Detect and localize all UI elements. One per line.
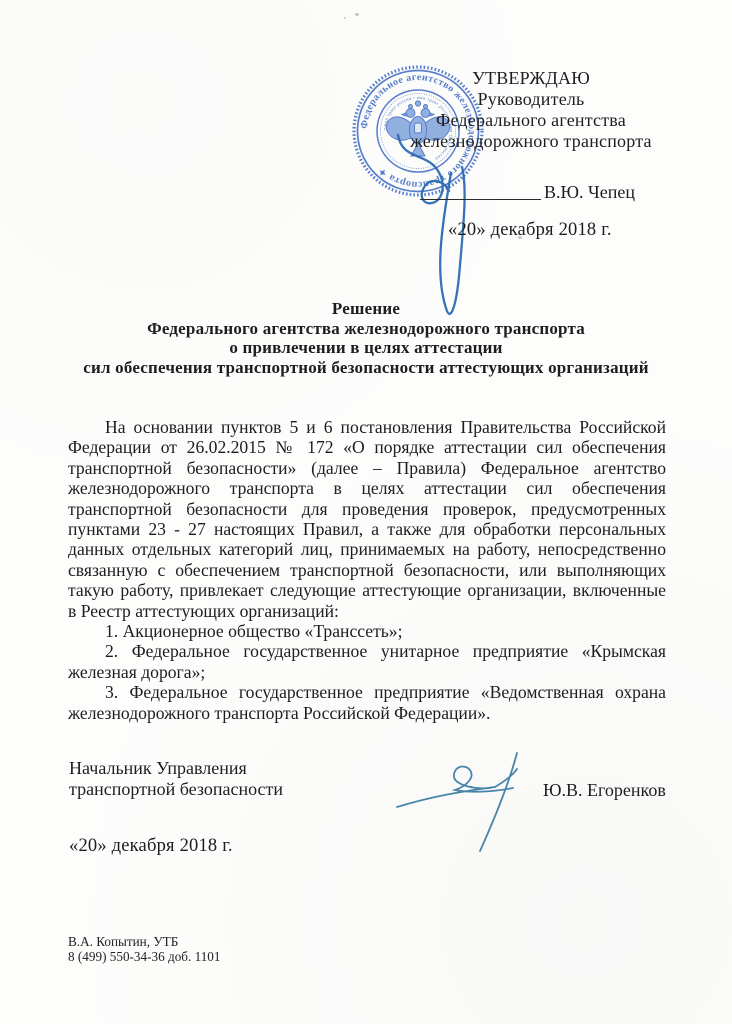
- org-list-item: 3. Федеральное государственное предприят…: [68, 682, 666, 723]
- scanned-document-page: Федеральное агентство железнодорожного т…: [0, 0, 732, 1024]
- egorenkov-pen-signature: [395, 745, 535, 860]
- scan-speck: [355, 13, 359, 16]
- org-list-item: 1. Акционерное общество «Транссеть»;: [68, 621, 666, 641]
- title-line: Решение: [40, 299, 692, 319]
- footer-contact-name: В.А. Копытин, УТБ: [68, 934, 220, 949]
- approver-signature-row: В.Ю. Чепец: [420, 182, 635, 203]
- signoff-position-line: транспортной безопасности: [69, 779, 283, 800]
- document-body: На основании пунктов 5 и 6 постановления…: [68, 417, 666, 723]
- signoff-position: Начальник Управления транспортной безопа…: [69, 758, 283, 800]
- body-paragraph: На основании пунктов 5 и 6 постановления…: [68, 417, 666, 621]
- footer-contact: В.А. Копытин, УТБ 8 (499) 550-34-36 доб.…: [68, 934, 220, 964]
- scan-speck: [344, 17, 346, 19]
- document-title: Решение Федерального агентства железнодо…: [40, 299, 692, 377]
- footer-contact-phone: 8 (499) 550-34-36 доб. 1101: [68, 949, 220, 964]
- signature-line: [420, 183, 541, 200]
- org-list-item: 2. Федеральное государственное унитарное…: [68, 641, 666, 682]
- signoff-date: «20» декабря 2018 г.: [69, 836, 233, 857]
- approver-title-line: железнодорожного транспорта: [410, 131, 652, 152]
- approve-label: УТВЕРЖДАЮ: [410, 68, 652, 89]
- approval-block: УТВЕРЖДАЮ Руководитель Федерального аген…: [410, 68, 652, 152]
- approver-title-line: Руководитель: [410, 89, 652, 110]
- title-line: о привлечении в целях аттестации: [40, 338, 692, 358]
- signoff-position-line: Начальник Управления: [69, 758, 283, 779]
- title-line: сил обеспечения транспортной безопасност…: [40, 358, 692, 378]
- title-line: Федерального агентства железнодорожного …: [40, 319, 692, 339]
- signoff-name: Ю.В. Егоренков: [543, 780, 666, 801]
- approver-title-line: Федерального агентства: [410, 110, 652, 131]
- approver-name: В.Ю. Чепец: [544, 182, 635, 203]
- approval-date: «20» декабря 2018 г.: [448, 220, 612, 241]
